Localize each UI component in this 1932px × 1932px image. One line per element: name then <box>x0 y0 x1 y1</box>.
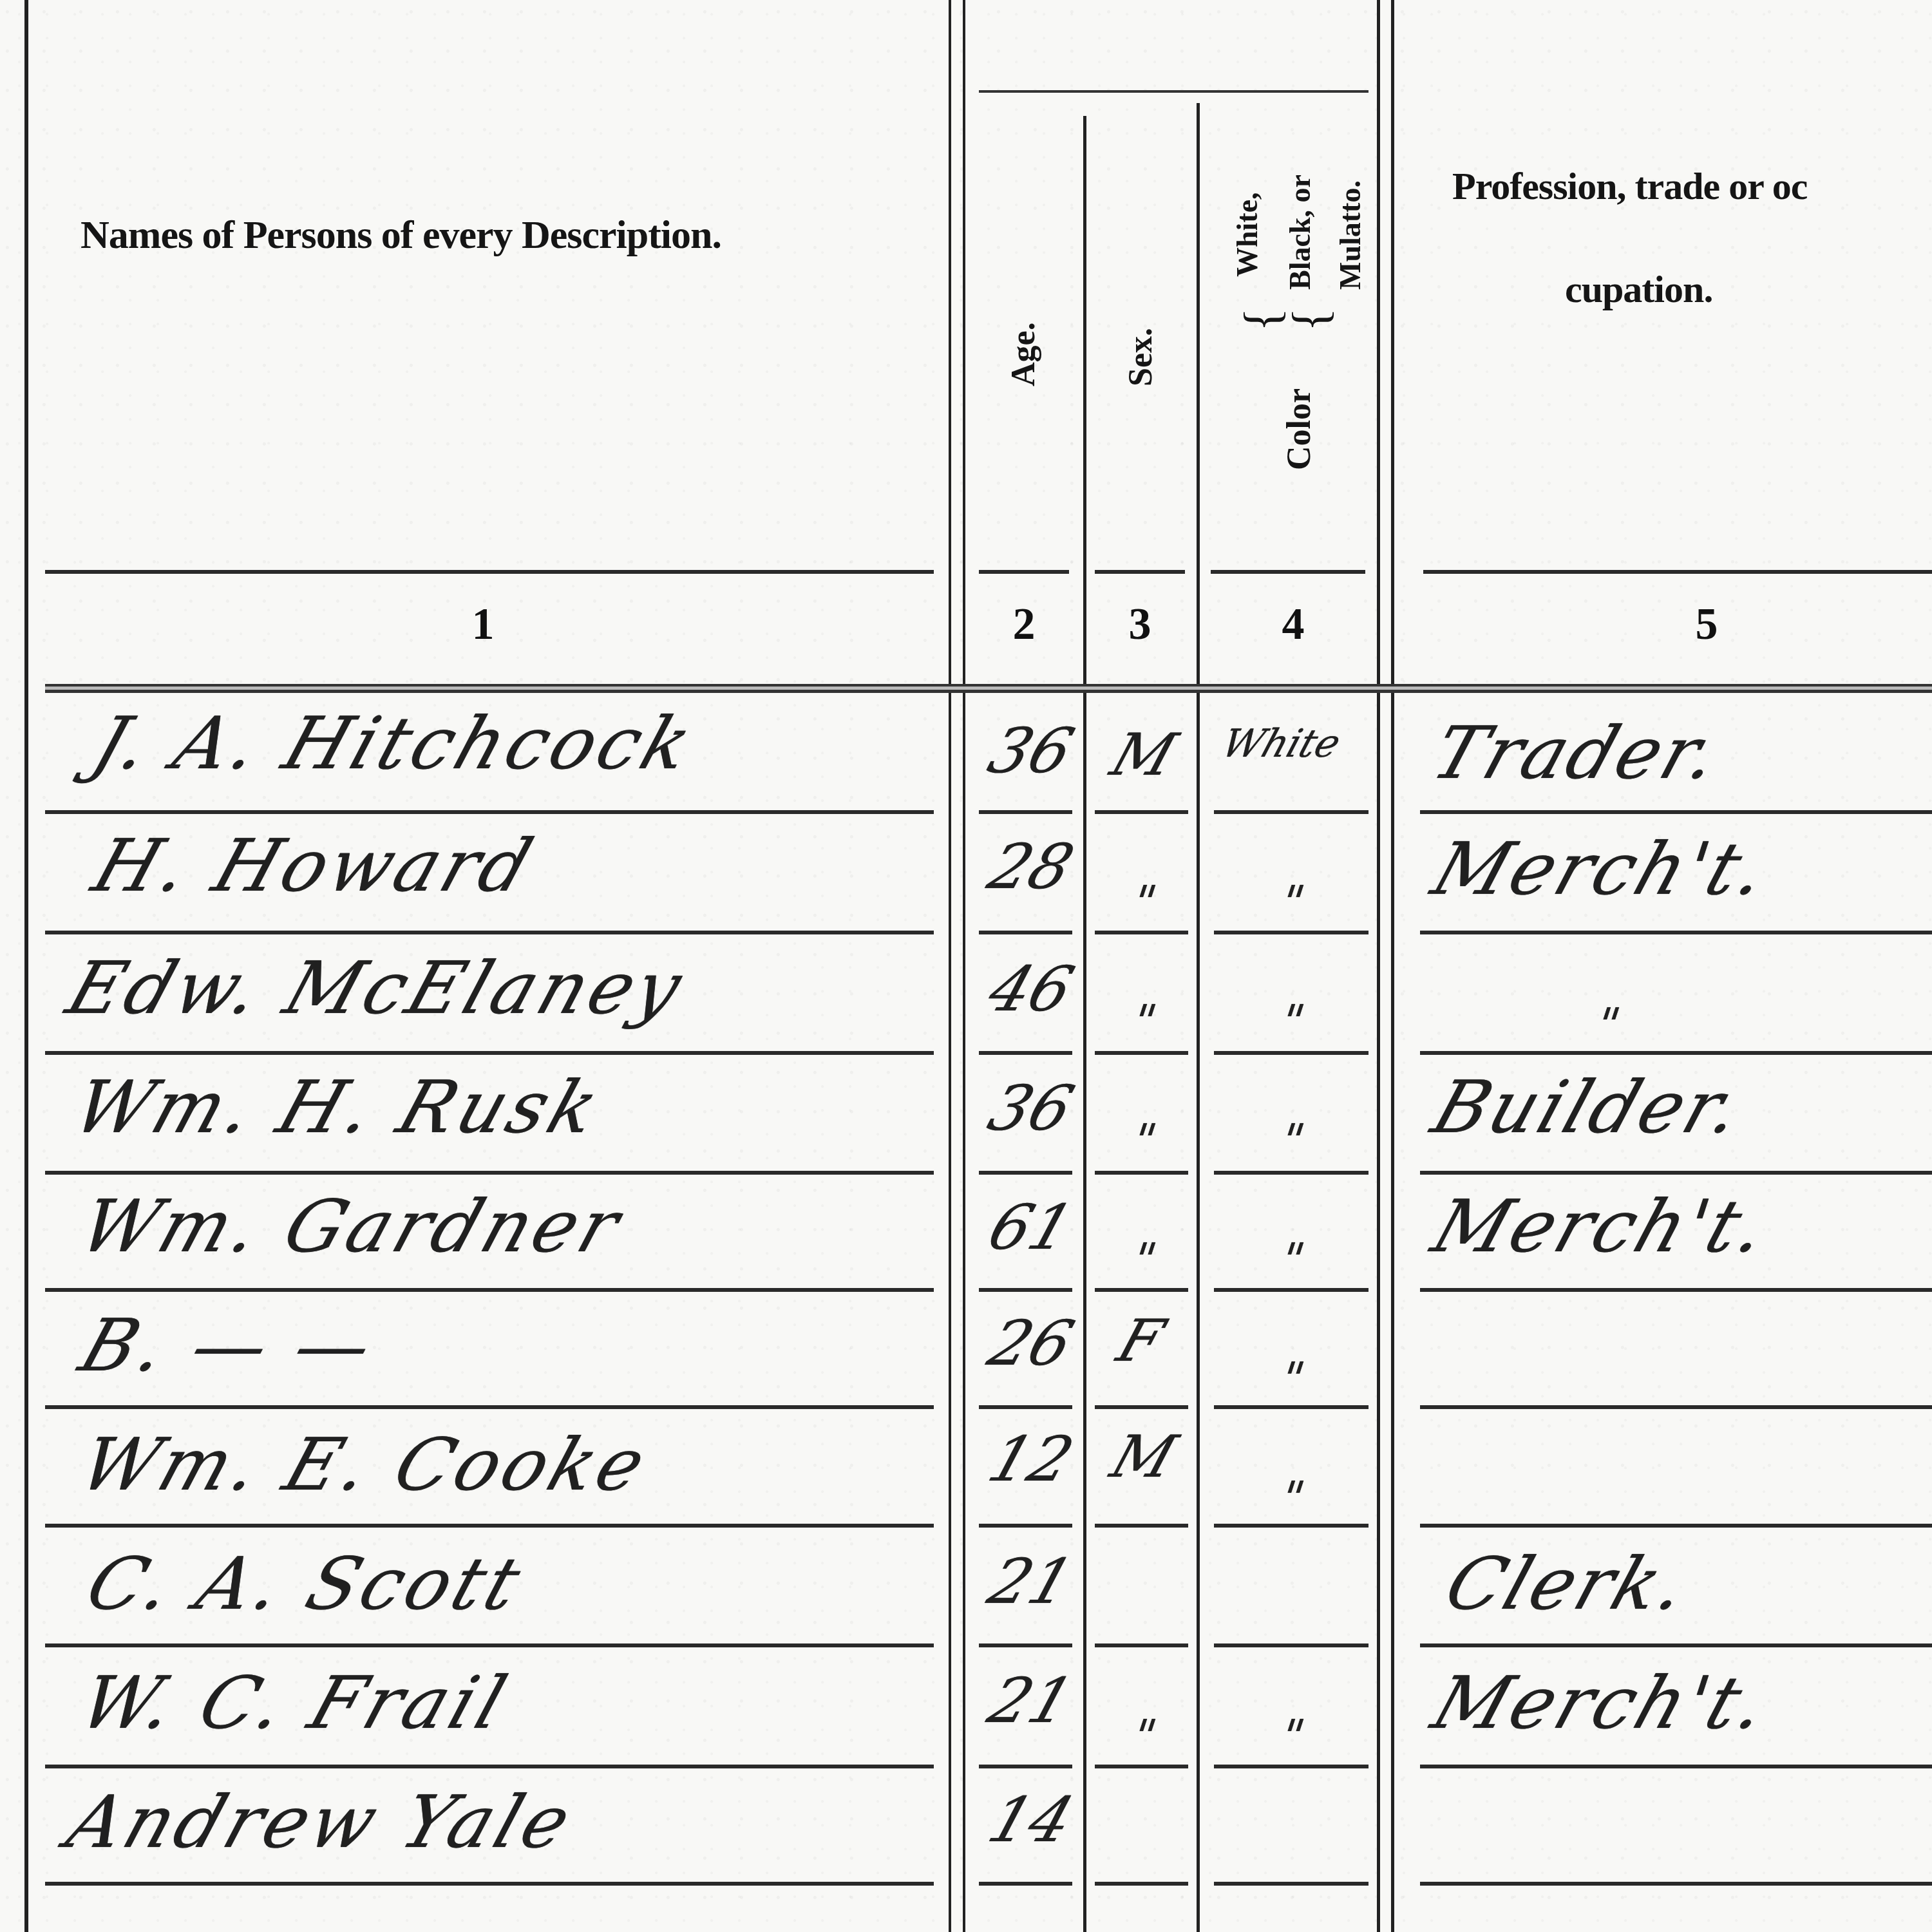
row-8-name: C. A. Scott <box>77 1542 534 1626</box>
sex-color-divider <box>1197 103 1200 1932</box>
age-sex-divider <box>1083 116 1086 1932</box>
row-rule <box>1095 1524 1188 1528</box>
row-rule <box>1095 1405 1188 1409</box>
color-right-rule-a <box>1377 0 1380 1932</box>
color-option-mulatto: Mulatto. <box>1333 180 1367 290</box>
row-rule <box>1420 931 1932 934</box>
row-3-occupation: " <box>1589 998 1629 1051</box>
row-6-color: " <box>1273 1352 1311 1405</box>
row-1-age: 36 <box>980 715 1083 787</box>
occupation-column-header-line2: cupation. <box>1565 267 1712 312</box>
occupation-column-header-line1: Profession, trade or oc <box>1452 164 1807 209</box>
color-right-rule-b <box>1391 0 1394 1932</box>
row-3-name: Edw. McElaney <box>57 947 696 1030</box>
column-number-1: 1 <box>464 599 502 650</box>
row-9-color: " <box>1273 1710 1311 1763</box>
row-rule <box>979 1051 1072 1055</box>
row-9-sex: " <box>1125 1710 1163 1763</box>
color-option-white: White, <box>1230 192 1264 277</box>
description-group-rule <box>979 90 1368 93</box>
row-rule <box>1214 810 1368 814</box>
row-6-age: 26 <box>980 1307 1083 1379</box>
header-bottom-rule-color <box>1211 570 1365 574</box>
row-rule <box>1420 1765 1932 1768</box>
row-1-color: White <box>1217 721 1347 766</box>
row-7-name: Wm. E. Cooke <box>70 1423 659 1507</box>
left-border-rule <box>24 0 28 1932</box>
row-rule <box>1095 1765 1188 1768</box>
row-5-color: " <box>1273 1233 1311 1286</box>
row-rule <box>1095 1643 1188 1647</box>
header-bottom-rule-names <box>45 570 934 574</box>
row-rule <box>1420 1288 1932 1292</box>
row-rule <box>1420 1524 1932 1528</box>
row-rule <box>1095 1051 1188 1055</box>
row-rule <box>1214 931 1368 934</box>
row-1-name: J. A. Hitchcock <box>83 702 705 786</box>
row-rule <box>1420 1643 1932 1647</box>
row-rule <box>979 931 1072 934</box>
color-label: Color <box>1281 388 1318 470</box>
row-rule <box>979 1405 1072 1409</box>
row-rule <box>979 1765 1072 1768</box>
row-5-occupation: Merch't. <box>1423 1185 1780 1269</box>
row-10-age: 14 <box>980 1784 1083 1856</box>
row-2-occupation: Merch't. <box>1423 828 1780 911</box>
column-number-bottom-rule <box>45 684 1932 693</box>
row-rule <box>1214 1765 1368 1768</box>
row-9-name: W. C. Frail <box>70 1662 520 1745</box>
row-5-sex: " <box>1125 1233 1163 1286</box>
names-right-rule-b <box>963 0 965 1932</box>
row-rule <box>979 810 1072 814</box>
age-column-header: Age. <box>1005 322 1043 386</box>
row-rule <box>979 1882 1072 1886</box>
row-4-color: " <box>1273 1114 1311 1167</box>
row-rule <box>1214 1051 1368 1055</box>
row-rule <box>45 1882 934 1886</box>
header-bottom-rule-sex <box>1095 570 1185 574</box>
color-option-black: Black, or <box>1283 175 1317 290</box>
row-6-sex: F <box>1110 1307 1172 1375</box>
names-right-rule-a <box>949 0 951 1932</box>
row-9-occupation: Merch't. <box>1423 1662 1780 1745</box>
row-8-age: 21 <box>980 1546 1083 1618</box>
row-rule <box>1095 1882 1188 1886</box>
row-rule <box>1420 810 1932 814</box>
row-rule <box>1214 1882 1368 1886</box>
row-5-name: Wm. Gardner <box>70 1185 633 1269</box>
row-rule <box>45 931 934 934</box>
row-rule <box>45 1643 934 1647</box>
column-number-5: 5 <box>1687 599 1726 650</box>
row-2-color: " <box>1273 876 1311 929</box>
row-9-age: 21 <box>980 1665 1083 1737</box>
row-2-name: H. Howard <box>83 824 545 908</box>
names-column-header: Names of Persons of every Description. <box>80 213 721 258</box>
row-rule <box>45 1171 934 1175</box>
row-6-name: B. — — <box>70 1304 386 1388</box>
row-rule <box>45 810 934 814</box>
header-bottom-rule-age <box>979 570 1069 574</box>
row-4-occupation: Builder. <box>1423 1066 1754 1150</box>
row-3-sex: " <box>1125 995 1163 1048</box>
brace-icon: { <box>1282 308 1340 332</box>
row-rule <box>1420 1405 1932 1409</box>
row-rule <box>1095 1288 1188 1292</box>
row-rule <box>45 1051 934 1055</box>
row-rule <box>979 1643 1072 1647</box>
row-4-sex: " <box>1125 1114 1163 1167</box>
row-5-age: 61 <box>980 1191 1083 1264</box>
header-bottom-rule-occupation <box>1423 570 1932 574</box>
row-2-age: 28 <box>980 831 1083 903</box>
row-4-age: 36 <box>980 1072 1083 1144</box>
row-8-occupation: Clerk. <box>1435 1542 1700 1626</box>
row-rule <box>1420 1051 1932 1055</box>
row-2-sex: " <box>1125 876 1163 929</box>
row-rule <box>1095 931 1188 934</box>
row-rule <box>1095 810 1188 814</box>
row-rule <box>45 1288 934 1292</box>
row-10-name: Andrew Yale <box>57 1781 584 1864</box>
row-rule <box>1214 1405 1368 1409</box>
row-7-age: 12 <box>980 1423 1083 1495</box>
sex-column-header: Sex. <box>1122 328 1160 386</box>
row-rule <box>1214 1643 1368 1647</box>
row-rule <box>45 1765 934 1768</box>
row-3-age: 46 <box>980 953 1083 1025</box>
column-number-3: 3 <box>1121 599 1159 650</box>
row-rule <box>1214 1171 1368 1175</box>
row-1-occupation: Trader. <box>1423 712 1732 795</box>
row-7-sex: M <box>1103 1423 1184 1491</box>
row-rule <box>45 1524 934 1528</box>
row-7-color: " <box>1273 1472 1311 1524</box>
row-rule <box>1214 1288 1368 1292</box>
row-rule <box>1095 1171 1188 1175</box>
row-rule <box>45 1405 934 1409</box>
column-number-2: 2 <box>1005 599 1043 650</box>
row-rule <box>979 1524 1072 1528</box>
row-rule <box>1420 1171 1932 1175</box>
column-number-4: 4 <box>1274 599 1312 650</box>
row-rule <box>979 1171 1072 1175</box>
census-page: Names of Persons of every Description. A… <box>0 0 1932 1932</box>
row-rule <box>1420 1882 1932 1886</box>
color-column-header: Color <box>1280 388 1318 470</box>
row-1-sex: M <box>1103 721 1184 789</box>
row-rule <box>979 1288 1072 1292</box>
row-4-name: Wm. H. Rusk <box>64 1066 612 1150</box>
row-3-color: " <box>1273 995 1311 1048</box>
